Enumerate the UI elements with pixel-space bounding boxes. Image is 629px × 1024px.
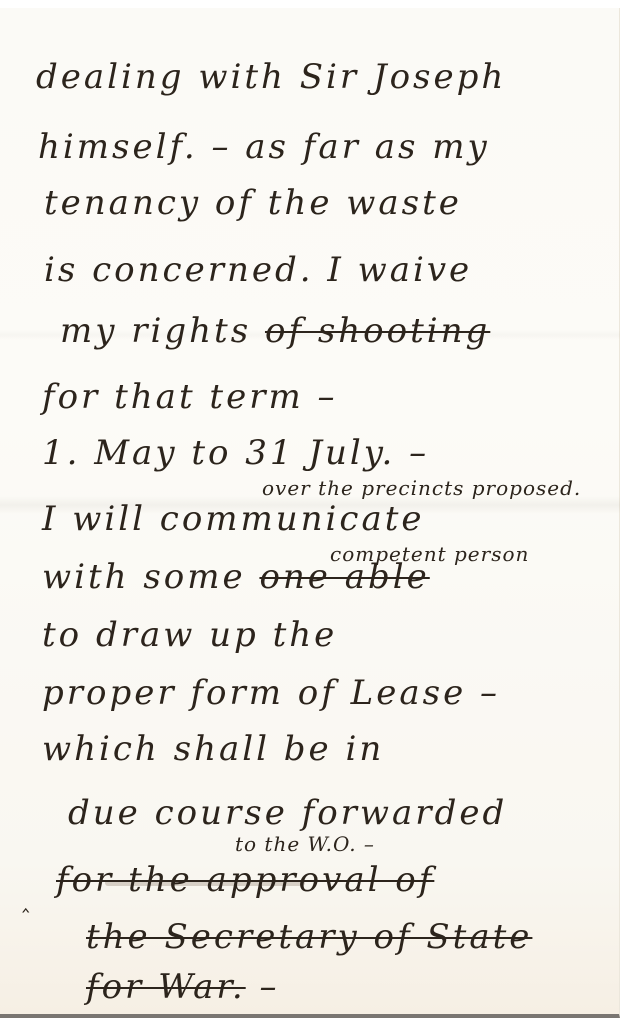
struck-text: of shooting <box>265 311 490 351</box>
handwritten-line-13: due course forwarded <box>68 796 507 830</box>
interlinear-insertion: over the precincts proposed. <box>262 478 581 498</box>
handwritten-line-10: to draw up the <box>42 618 337 652</box>
handwritten-line-8: I will communicate <box>42 502 425 536</box>
struck-text: the Secretary of State <box>86 917 532 957</box>
handwritten-line-14: for the approval of <box>56 863 434 897</box>
letter-page: dealing with Sir Joseph himself. – as fa… <box>0 8 620 1018</box>
handwritten-line-7: 1. May to 31 July. – <box>42 436 429 470</box>
handwritten-line-9: with some one able <box>42 560 430 594</box>
struck-text: for War. <box>86 967 246 1007</box>
insertion-caret-icon: ‸ <box>22 888 29 913</box>
line-text: – <box>260 967 280 1007</box>
handwritten-line-5: my rights of shooting <box>60 314 490 348</box>
handwritten-line-6: for that term – <box>42 380 338 414</box>
handwritten-line-12: which shall be in <box>42 732 384 766</box>
handwritten-line-4: is concerned. I waive <box>44 253 472 287</box>
line-text: my rights <box>60 311 251 351</box>
handwritten-line-16: for War. – <box>86 970 280 1004</box>
handwritten-line-15: the Secretary of State <box>86 920 532 954</box>
handwritten-line-3: tenancy of the waste <box>44 186 462 220</box>
line-text: with some <box>42 557 246 597</box>
struck-text: one able <box>259 557 429 597</box>
handwritten-line-11: proper form of Lease – <box>42 676 500 710</box>
handwritten-line-1: dealing with Sir Joseph <box>36 60 506 94</box>
struck-text: for the approval of <box>56 860 434 900</box>
handwritten-line-2: himself. – as far as my <box>38 130 490 164</box>
interlinear-insertion: to the W.O. – <box>235 834 375 854</box>
